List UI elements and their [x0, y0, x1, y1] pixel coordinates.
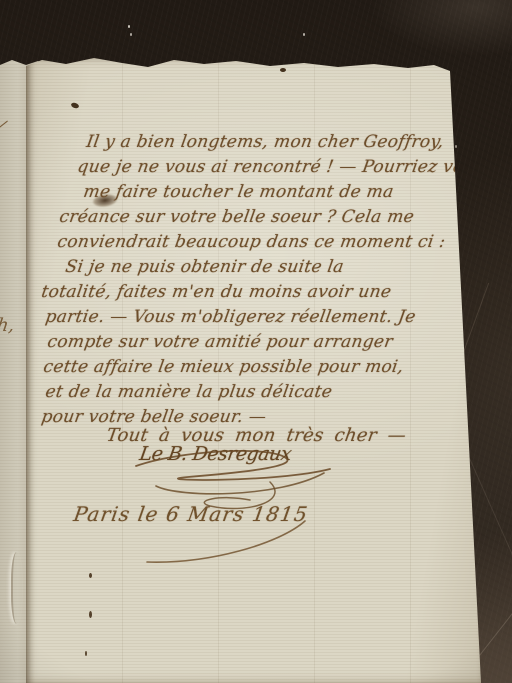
- dateline-flourish-icon: [141, 516, 311, 568]
- letter-body: Il y a bien longtems, mon cher Geoffroy,…: [26, 54, 484, 683]
- ink-fragment: h,: [0, 315, 16, 336]
- letter-sheet: Il y a bien longtems, mon cher Geoffroy,…: [26, 54, 484, 683]
- letter-line: Si je ne puis obtenir de suite la: [64, 257, 345, 277]
- dust-speck: [128, 25, 130, 28]
- letter-line: pour votre belle soeur. —: [40, 407, 268, 427]
- ink-fragment: —: [0, 112, 13, 137]
- letter-line: me faire toucher le montant de ma: [82, 182, 395, 202]
- letter-line: conviendrait beaucoup dans ce moment ci …: [56, 232, 447, 252]
- letter-line: et de la manière la plus délicate: [44, 382, 334, 402]
- letter-line: créance sur votre belle soeur ? Cela me: [58, 207, 416, 227]
- letter-line: cette affaire le mieux possible pour moi…: [42, 357, 405, 377]
- letter-line: totalité, faites m'en du moins avoir une: [40, 282, 393, 302]
- letter-line: compte sur votre amitié pour arranger: [46, 332, 394, 352]
- letter-line: partie. — Vous m'obligerez réellement. J…: [44, 307, 417, 327]
- letter-line: que je ne vous ai rencontré ! — Pourriez…: [76, 157, 485, 177]
- letter-line: Il y a bien longtems, mon cher Geoffroy,: [85, 132, 445, 152]
- paper-wrinkle: [11, 552, 22, 624]
- photo-background: — h, Il y a bien longtems, mon cher Geof…: [0, 0, 512, 683]
